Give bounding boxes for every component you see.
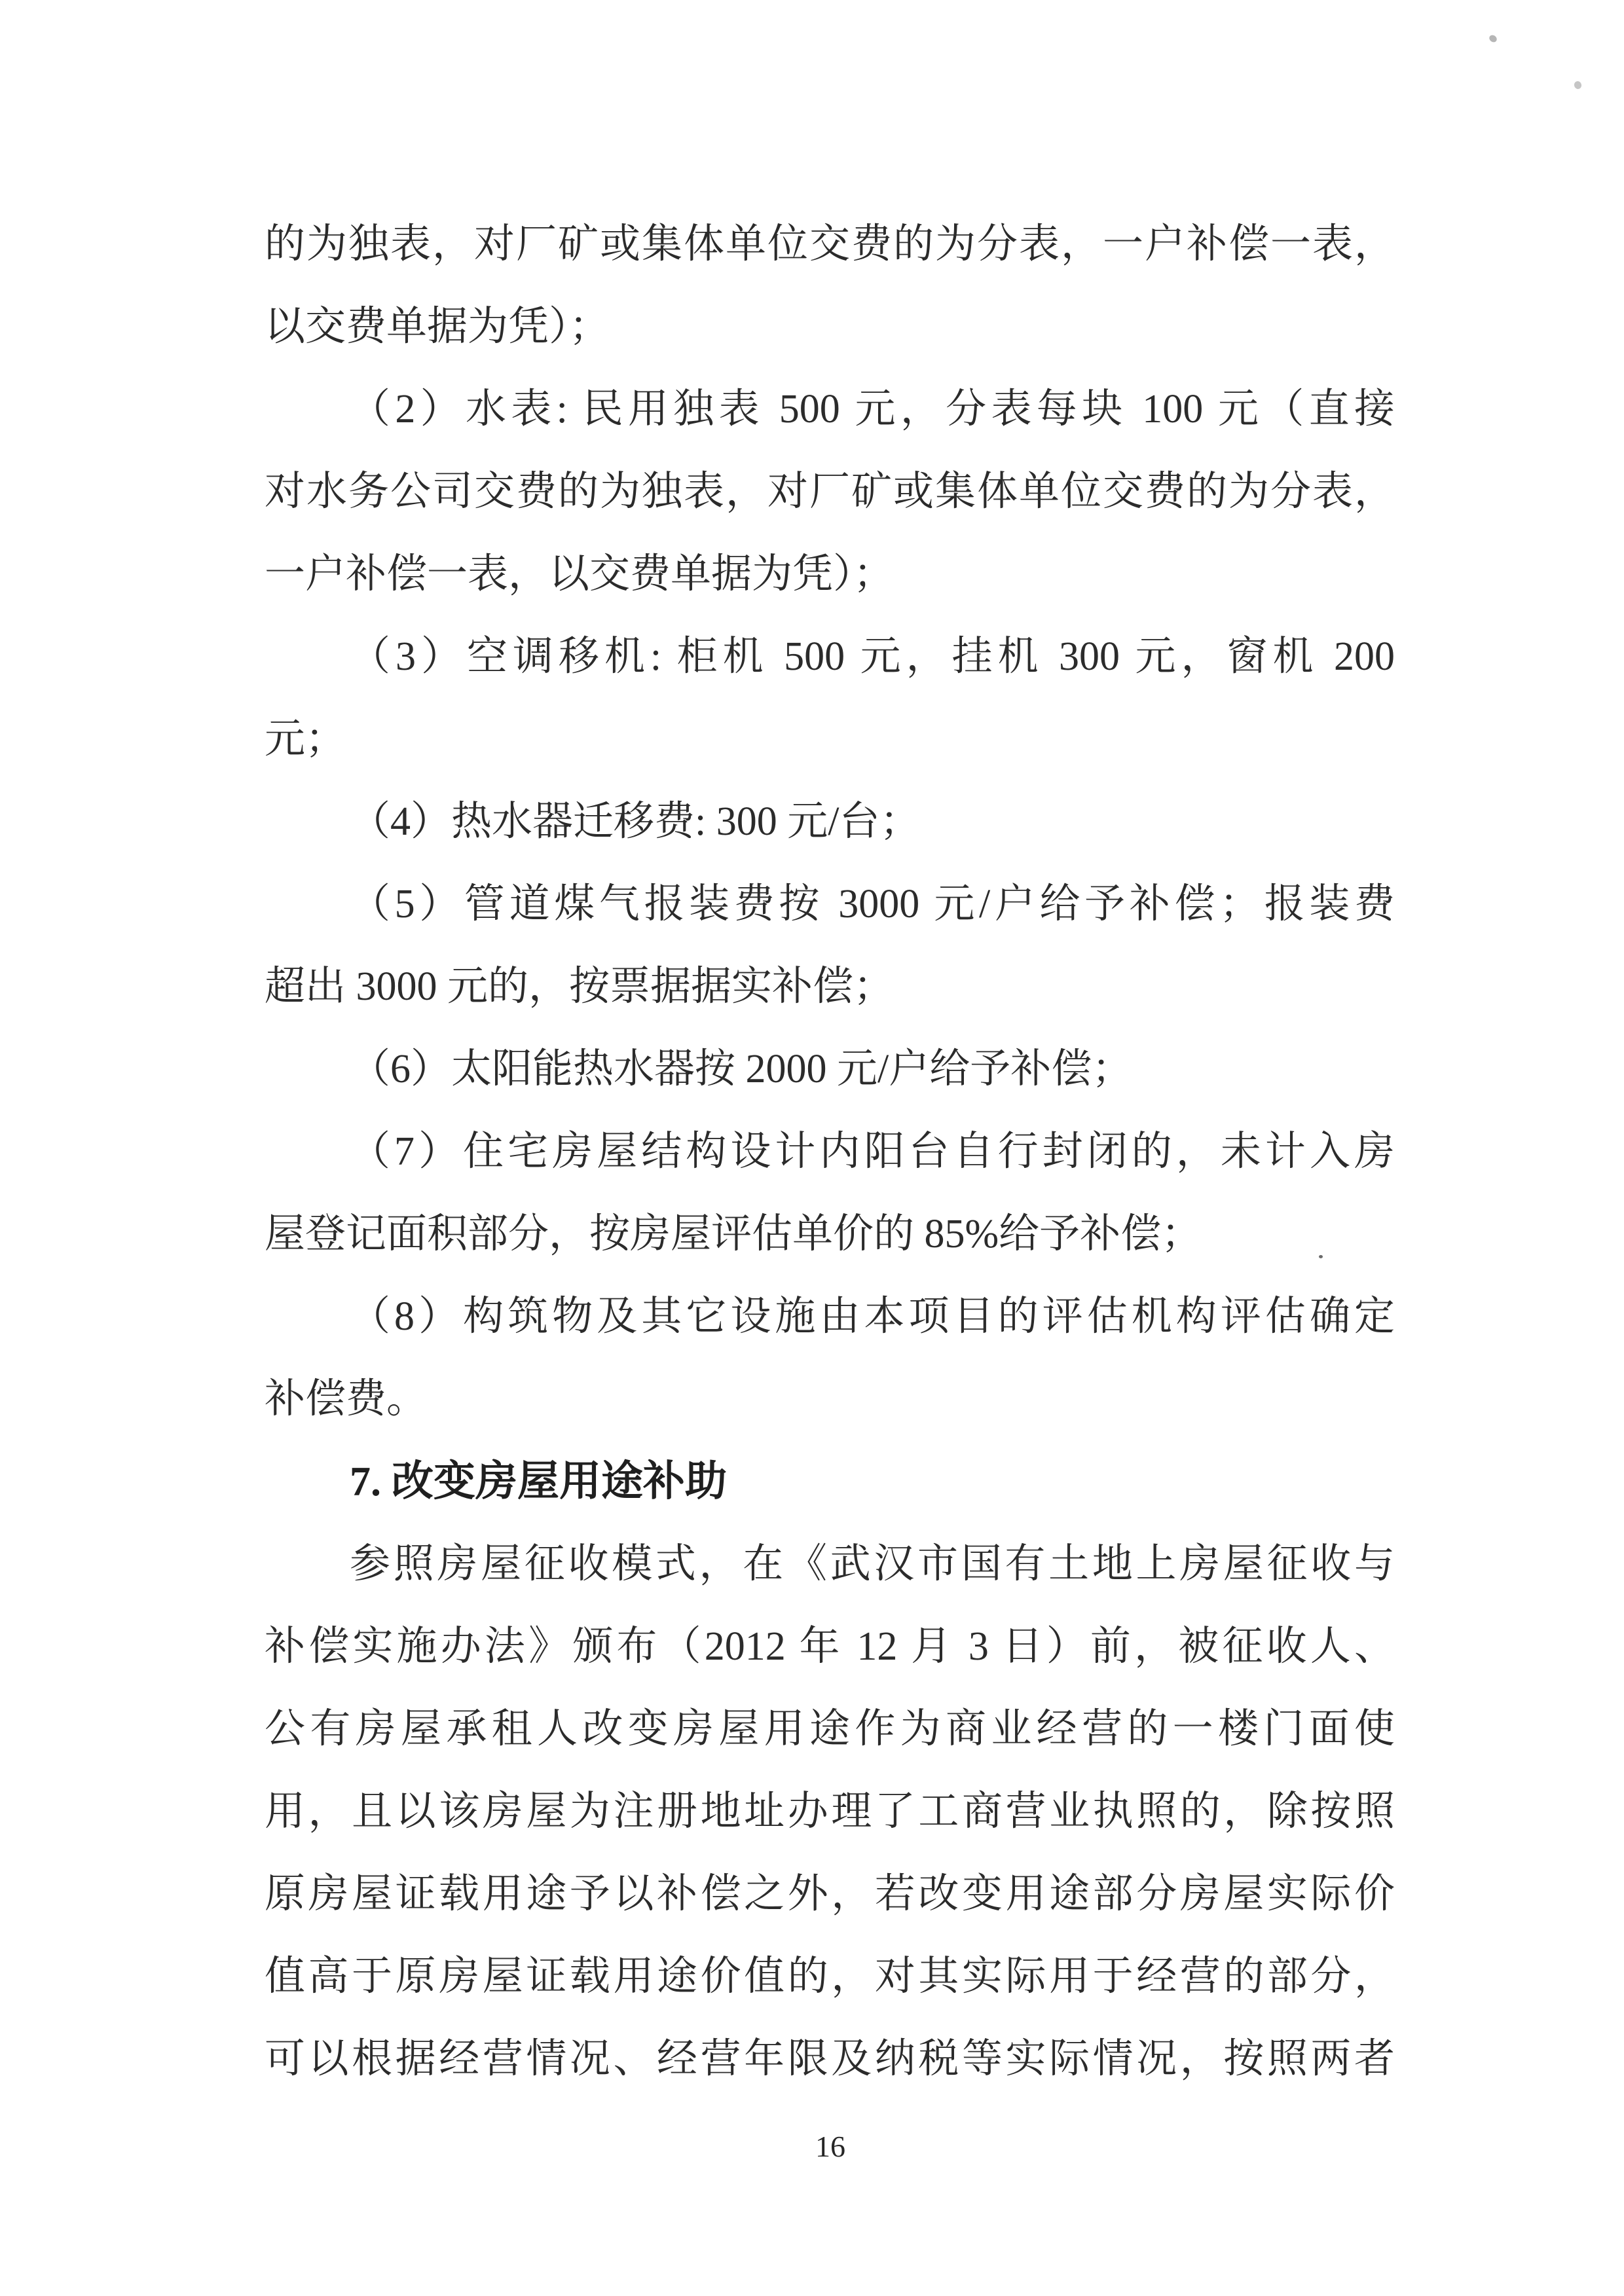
page-number: 16 xyxy=(18,2129,1624,2164)
text-line: 公有房屋承租人改变房屋用途作为商业经营的一楼门面使 xyxy=(265,1688,1395,1770)
scan-artifact xyxy=(1573,80,1582,90)
text-line: 以交费单据为凭）； xyxy=(265,285,1395,368)
text-line: 对水务公司交费的为独表，对厂矿或集体单位交费的为分表， xyxy=(265,450,1395,533)
text-line: 补偿实施办法》颁布（2012 年 12 月 3 日）前，被征收人、 xyxy=(265,1605,1395,1688)
section-heading: 7. 改变房屋用途补助 xyxy=(265,1440,1395,1523)
text-line: 的为独表，对厂矿或集体单位交费的为分表，一户补偿一表， xyxy=(265,203,1395,285)
text-line: 原房屋证载用途予以补偿之外，若改变用途部分房屋实际价 xyxy=(265,1853,1395,1935)
text-line: 值高于原房屋证载用途价值的，对其实际用于经营的部分， xyxy=(265,1935,1395,2018)
text-line: 用，且以该房屋为注册地址办理了工商营业执照的，除按照 xyxy=(265,1770,1395,1853)
scan-artifact xyxy=(1488,33,1498,43)
text-line: （5）管道煤气报装费按 3000 元/户给予补偿；报装费 xyxy=(265,863,1395,945)
text-line: 屋登记面积部分，按房屋评估单价的 85%给予补偿； xyxy=(265,1193,1395,1275)
text-line: （2）水表: 民用独表 500 元，分表每块 100 元（直接 xyxy=(265,368,1395,450)
text-line: 一户补偿一表，以交费单据为凭）； xyxy=(265,533,1395,615)
text-line: 可以根据经营情况、经营年限及纳税等实际情况，按照两者 xyxy=(265,2018,1395,2100)
text-line: （3）空调移机: 柜机 500 元，挂机 300 元，窗机 200 xyxy=(265,615,1395,698)
text-line: 补偿费。 xyxy=(265,1358,1395,1440)
text-line: （6）太阳能热水器按 2000 元/户给予补偿； xyxy=(265,1028,1395,1110)
text-line: （7）住宅房屋结构设计内阳台自行封闭的，未计入房 xyxy=(265,1110,1395,1193)
text-line: （4）热水器迁移费: 300 元/台； xyxy=(265,780,1395,863)
text-line: 元； xyxy=(265,698,1395,780)
text-line: 超出 3000 元的，按票据据实补偿； xyxy=(265,945,1395,1028)
text-line: （8）构筑物及其它设施由本项目的评估机构评估确定 xyxy=(265,1275,1395,1358)
text-block: 的为独表，对厂矿或集体单位交费的为分表，一户补偿一表， 以交费单据为凭）； （2… xyxy=(265,203,1395,2100)
document-page: 的为独表，对厂矿或集体单位交费的为分表，一户补偿一表， 以交费单据为凭）； （2… xyxy=(0,0,1624,2296)
text-line: 参照房屋征收模式，在《武汉市国有土地上房屋征收与 xyxy=(265,1523,1395,1605)
